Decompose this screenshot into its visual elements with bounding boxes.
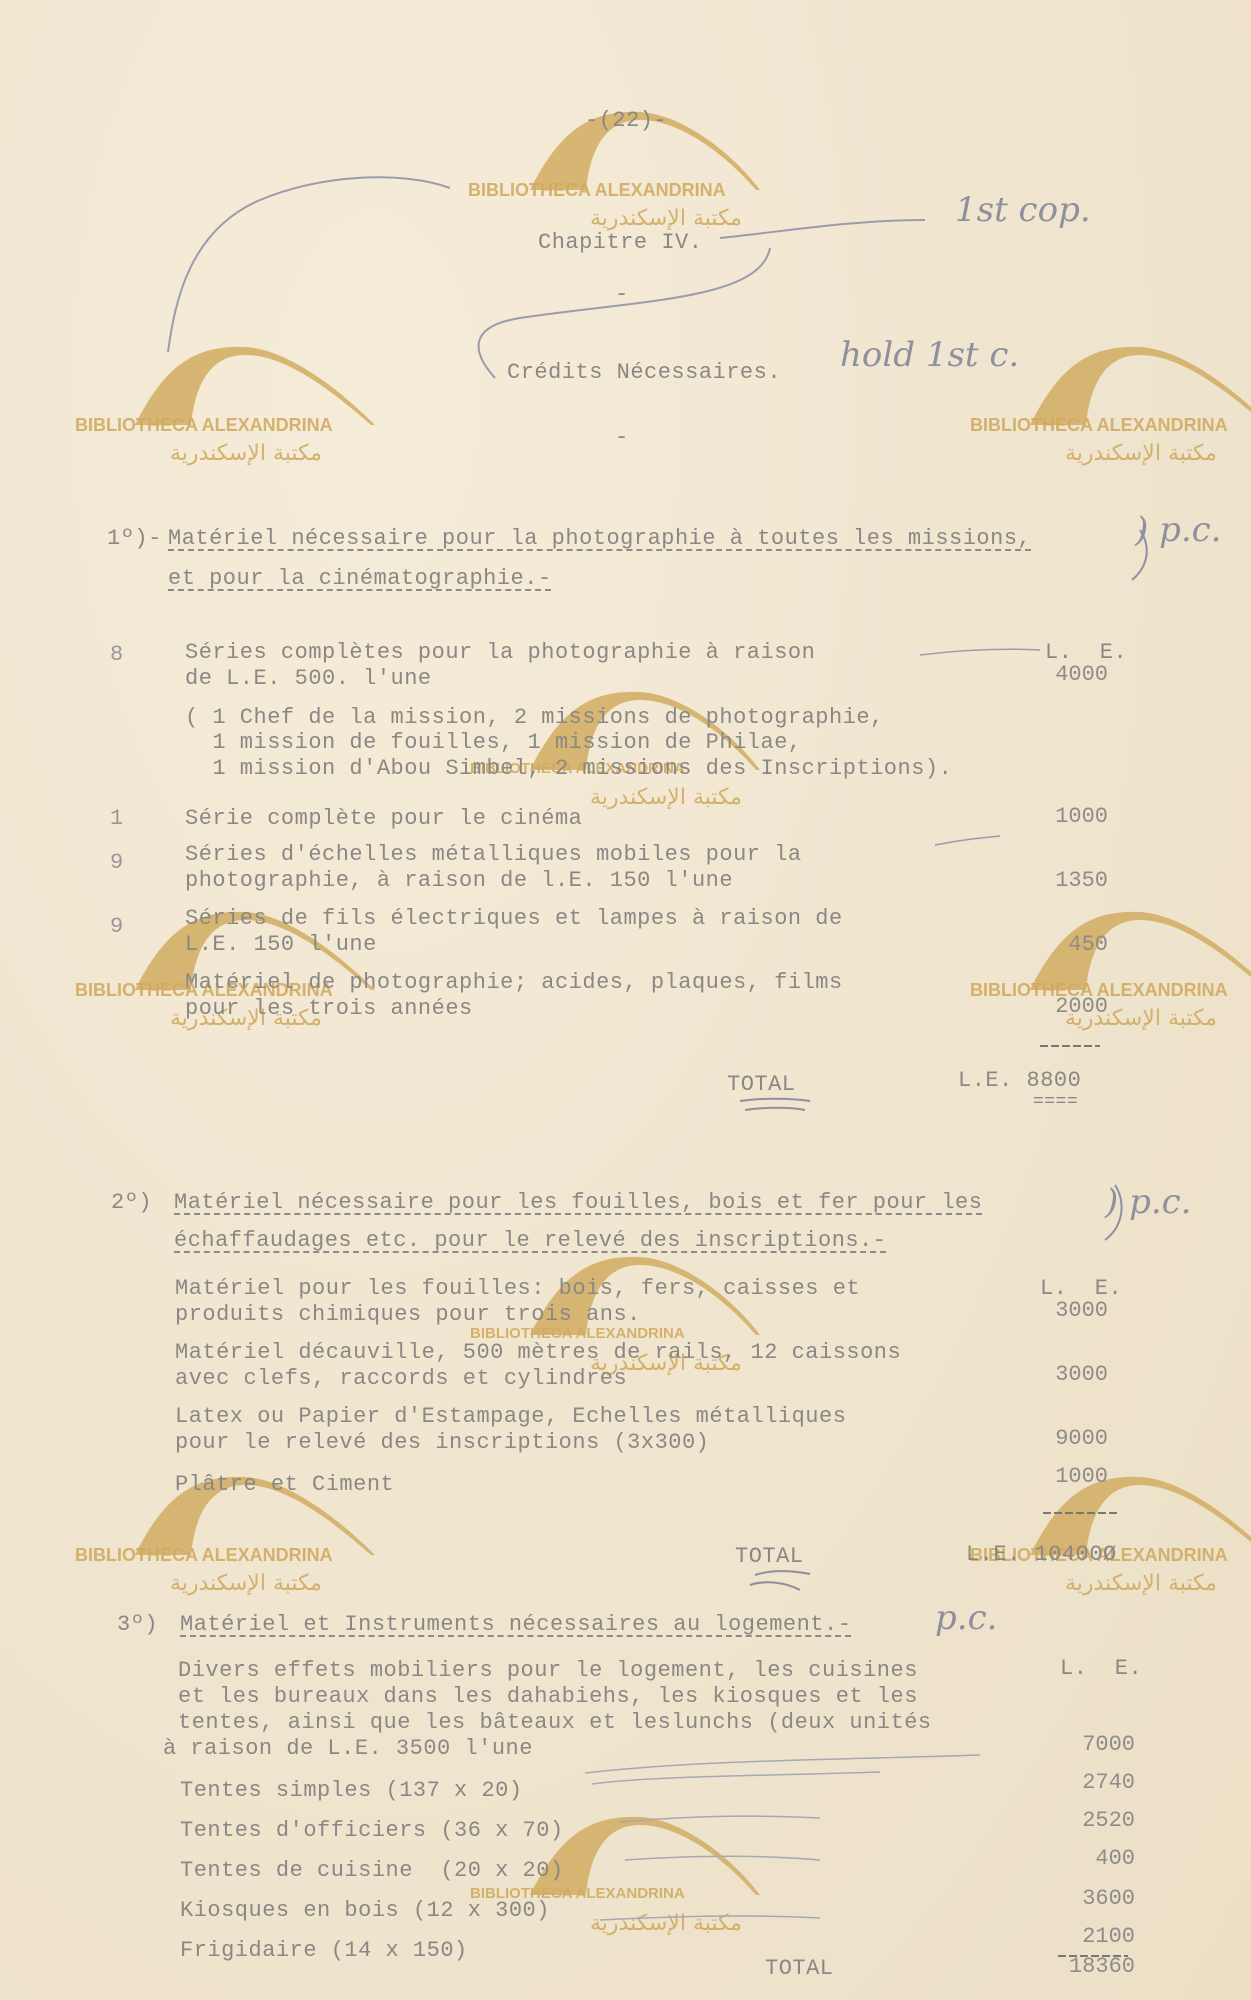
- total-label: TOTAL: [735, 1544, 804, 1569]
- item-desc: Divers effets mobiliers pour le logement…: [178, 1658, 918, 1683]
- watermark-arch-icon: [520, 110, 820, 190]
- item-desc: Tentes d'officiers (36 x 70): [180, 1818, 564, 1843]
- watermark-en: BIBLIOTHECA ALEXANDRINA: [468, 180, 768, 201]
- item-amount: 9000: [998, 1426, 1108, 1451]
- item-desc: Tentes simples (137 x 20): [180, 1778, 523, 1803]
- annotation-pc: p.c.: [935, 1598, 997, 1638]
- section-number: 1º)-: [107, 526, 162, 551]
- item-desc: pour le relevé des inscriptions (3x300): [175, 1430, 709, 1455]
- item-desc: pour les trois années: [185, 996, 473, 1021]
- total-label: TOTAL: [765, 1956, 834, 1981]
- item-desc: avec clefs, raccords et cylindres: [175, 1366, 627, 1391]
- item-desc: tentes, ainsi que les bâteaux et leslunc…: [178, 1710, 932, 1735]
- item-qty: 9: [110, 914, 123, 939]
- item-amount: 3000: [998, 1362, 1108, 1387]
- watermark-top-center: BIBLIOTHECA ALEXANDRINA مكتبة الإسكندرية: [520, 110, 820, 250]
- item-desc: à raison de L.E. 3500 l'une: [163, 1736, 533, 1761]
- page-subtitle: Crédits Nécessaires.: [507, 360, 781, 385]
- item-desc: Plâtre et Ciment: [175, 1472, 394, 1497]
- subtotal-line: [1040, 1045, 1100, 1047]
- section-title: Matériel nécessaire pour la photographie…: [168, 526, 1031, 551]
- total-double-underline: ====: [1033, 1092, 1078, 1112]
- item-desc: de L.E. 500. l'une: [185, 666, 432, 691]
- item-amount: 3000: [998, 1298, 1108, 1323]
- watermark-ar: مكتبة الإسكندرية: [170, 441, 322, 466]
- item-note: 1 mission de fouilles, 1 mission de Phil…: [185, 730, 802, 755]
- item-amount: 400: [1025, 1846, 1135, 1871]
- item-qty: 1: [110, 806, 123, 831]
- item-amount: 7000: [1025, 1732, 1135, 1757]
- watermark-ar: مكتبة الإسكندرية: [590, 206, 742, 231]
- item-desc: Série complète pour le cinéma: [185, 806, 582, 831]
- watermark-en: BIBLIOTHECA ALEXANDRINA: [75, 415, 375, 436]
- watermark-ar: مكتبة الإسكندرية: [170, 1571, 322, 1596]
- item-desc: Frigidaire (14 x 150): [180, 1938, 468, 1963]
- item-amount: 1350: [998, 868, 1108, 893]
- watermark-right-1: BIBLIOTHECA ALEXANDRINA مكتبة الإسكندرية: [1020, 345, 1251, 485]
- total-value: 18360: [1025, 1954, 1135, 1979]
- annotation-first-copy: 1st cop.: [955, 190, 1091, 230]
- item-note: ( 1 Chef de la mission, 2 missions de ph…: [185, 705, 884, 730]
- section-title-line2: et pour la cinématographie.-: [168, 566, 552, 591]
- watermark-arch-icon: [1020, 345, 1251, 425]
- section-number: 3º): [117, 1612, 158, 1637]
- watermark-arch-icon: [125, 345, 425, 425]
- item-desc: Séries de fils électriques et lampes à r…: [185, 906, 843, 931]
- item-desc: et les bureaux dans les dahabiehs, les k…: [178, 1684, 918, 1709]
- item-amount: 2100: [1025, 1924, 1135, 1949]
- watermark-ar: مكتبة الإسكندرية: [1065, 1571, 1217, 1596]
- item-amount: 2740: [1025, 1770, 1135, 1795]
- annotation-hold-copy: hold 1st c.: [840, 335, 1019, 375]
- item-amount: 3600: [1025, 1886, 1135, 1911]
- watermark-bottom-center: BIBLIOTHECA ALEXANDRINA مكتبة الإسكندرية: [520, 1815, 820, 1955]
- item-desc: Matériel décauville, 500 mètres de rails…: [175, 1340, 901, 1365]
- item-amount: 450: [998, 932, 1108, 957]
- item-desc: photographie, à raison de l.E. 150 l'une: [185, 868, 733, 893]
- item-desc: Kiosques en bois (12 x 300): [180, 1898, 550, 1923]
- header-dash: -: [615, 282, 629, 307]
- section-title: Matériel nécessaire pour les fouilles, b…: [174, 1190, 982, 1215]
- header-dash-2: -: [615, 425, 629, 450]
- total-label: TOTAL: [727, 1072, 796, 1097]
- item-qty: 9: [110, 850, 123, 875]
- watermark-arch-icon: [520, 1815, 820, 1895]
- watermark-left-1: BIBLIOTHECA ALEXANDRINA مكتبة الإسكندرية: [125, 345, 425, 485]
- item-desc: produits chimiques pour trois ans.: [175, 1302, 641, 1327]
- total-value: L.E. 10400Ø: [966, 1542, 1117, 1567]
- section-number: 2º): [111, 1190, 152, 1215]
- item-amount: 1000: [998, 804, 1108, 829]
- item-desc: Latex ou Papier d'Estampage, Echelles mé…: [175, 1404, 846, 1429]
- annotation-pc: ) p.c.: [1105, 1182, 1192, 1222]
- subtotal-line: [1043, 1512, 1118, 1514]
- item-desc: Tentes de cuisine (20 x 20): [180, 1858, 564, 1883]
- item-note: 1 mission d'Abou Simbel, 2 missions des …: [185, 756, 952, 781]
- section-title-line2: échaffaudages etc. pour le relevé des in…: [174, 1228, 887, 1253]
- total-value: L.E. 8800: [958, 1068, 1081, 1093]
- item-amount: 4000: [998, 662, 1108, 687]
- annotation-pc: ) p.c.: [1135, 510, 1222, 550]
- section-title: Matériel et Instruments nécessaires au l…: [180, 1612, 851, 1637]
- watermark-ar: مكتبة الإسكندرية: [590, 1911, 742, 1936]
- watermark-ar: مكتبة الإسكندرية: [590, 785, 742, 810]
- item-desc: Séries d'échelles métalliques mobiles po…: [185, 842, 802, 867]
- item-amount: 1000: [998, 1464, 1108, 1489]
- item-amount: 2000: [998, 994, 1108, 1019]
- item-desc: L.E. 150 l'une: [185, 932, 377, 957]
- item-amount: 2520: [1025, 1808, 1135, 1833]
- page-number: -(22)-: [585, 108, 667, 133]
- watermark-en: BIBLIOTHECA ALEXANDRINA: [970, 415, 1251, 436]
- item-desc: Matériel de photographie; acides, plaque…: [185, 970, 843, 995]
- watermark-ar: مكتبة الإسكندرية: [1065, 441, 1217, 466]
- item-desc: Matériel pour les fouilles: bois, fers, …: [175, 1276, 860, 1301]
- watermark-right-2: BIBLIOTHECA ALEXANDRINA مكتبة الإسكندرية: [1020, 910, 1251, 1050]
- watermark-en: BIBLIOTHECA ALEXANDRINA: [75, 1545, 375, 1566]
- item-desc: Séries complètes pour la photographie à …: [185, 640, 815, 665]
- chapter-title: Chapitre IV.: [538, 230, 702, 255]
- currency-header: L. E.: [1060, 1656, 1142, 1681]
- item-qty: 8: [110, 642, 123, 667]
